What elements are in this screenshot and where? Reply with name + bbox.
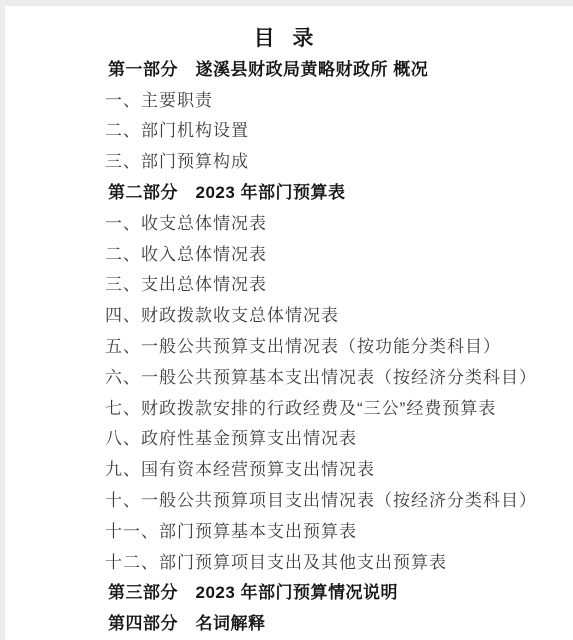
toc-part-heading: 第二部分 2023 年部门预算表 bbox=[0, 175, 573, 206]
toc-item: 九、国有资本经营预算支出情况表 bbox=[0, 452, 573, 483]
page-edge-top bbox=[0, 0, 573, 6]
toc-item: 五、一般公共预算支出情况表（按功能分类科目） bbox=[0, 329, 573, 360]
toc-item: 一、收支总体情况表 bbox=[0, 206, 573, 237]
toc-item: 二、收入总体情况表 bbox=[0, 237, 573, 268]
toc-part-heading: 第一部分 遂溪县财政局黄略财政所 概况 bbox=[0, 52, 573, 83]
page-title: 目 录 bbox=[0, 22, 573, 52]
table-of-contents: 第一部分 遂溪县财政局黄略财政所 概况 一、主要职责 二、部门机构设置 三、部门… bbox=[0, 52, 573, 637]
toc-item: 七、财政拨款安排的行政经费及“三公”经费预算表 bbox=[0, 391, 573, 422]
toc-item: 六、一般公共预算基本支出情况表（按经济分类科目） bbox=[0, 360, 573, 391]
toc-part-heading: 第四部分 名词解释 bbox=[0, 606, 573, 637]
document-page: 目 录 第一部分 遂溪县财政局黄略财政所 概况 一、主要职责 二、部门机构设置 … bbox=[0, 0, 573, 640]
toc-item: 十、一般公共预算项目支出情况表（按经济分类科目） bbox=[0, 483, 573, 514]
toc-item: 八、政府性基金预算支出情况表 bbox=[0, 422, 573, 453]
toc-item: 十二、部门预算项目支出及其他支出预算表 bbox=[0, 545, 573, 576]
toc-item: 十一、部门预算基本支出预算表 bbox=[0, 514, 573, 545]
toc-part-heading: 第三部分 2023 年部门预算情况说明 bbox=[0, 576, 573, 607]
toc-item: 三、部门预算构成 bbox=[0, 144, 573, 175]
toc-item: 三、支出总体情况表 bbox=[0, 268, 573, 299]
toc-item: 四、财政拨款收支总体情况表 bbox=[0, 298, 573, 329]
toc-item: 一、主要职责 bbox=[0, 83, 573, 114]
toc-item: 二、部门机构设置 bbox=[0, 114, 573, 145]
